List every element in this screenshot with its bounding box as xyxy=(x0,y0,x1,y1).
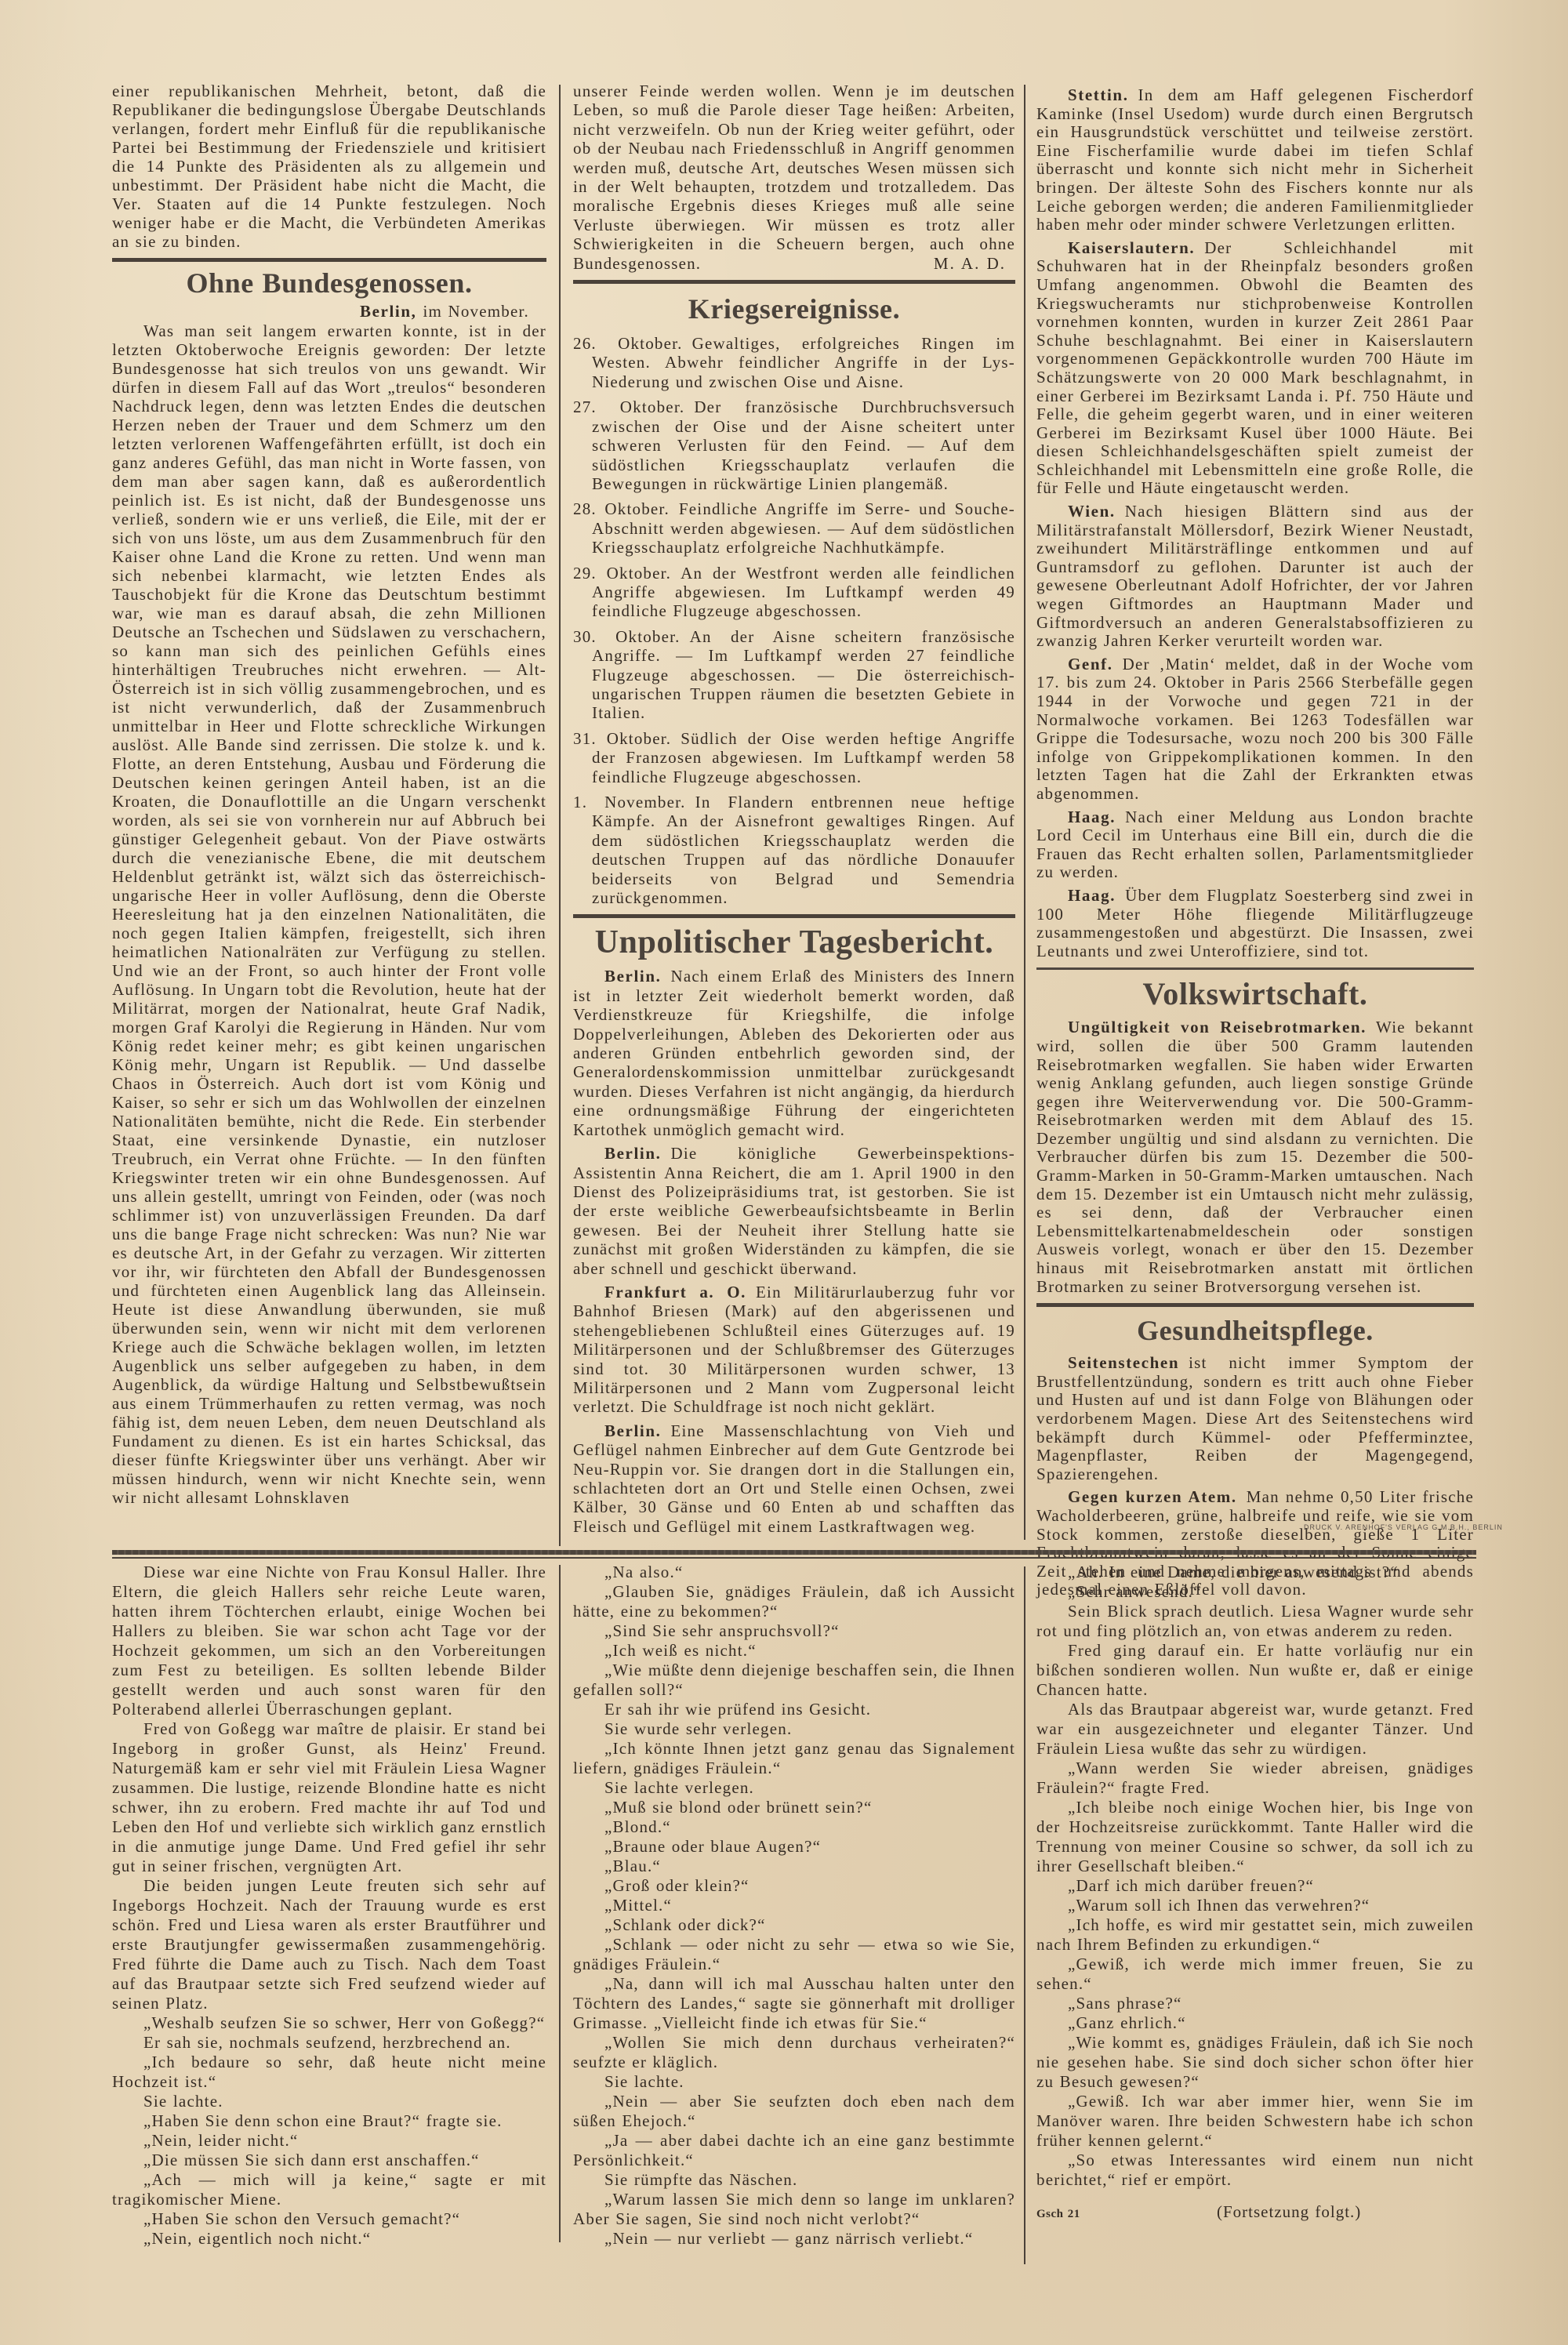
entry-date: 29. Oktober. xyxy=(573,564,671,583)
news-place: Genf. xyxy=(1068,655,1113,673)
serial-paragraph: „Nein, eigentlich noch nicht.“ xyxy=(112,2229,546,2249)
printer-imprint: Druck v. Arenhof's Verlag G.m.b.H., Berl… xyxy=(1304,1523,1503,1531)
news-place: Berlin. xyxy=(604,967,661,986)
serial-paragraph: „Schlank oder dick?“ xyxy=(573,1915,1015,1935)
serial-paragraph: „Nein, leider nicht.“ xyxy=(112,2131,546,2151)
author-signature: M. A. D. xyxy=(934,254,1006,273)
news-text: Der Schleichhandel mit Schuhwaren hat in… xyxy=(1036,238,1474,498)
serial-paragraph: Fred ging darauf ein. Er hatte vorläufig… xyxy=(1036,1641,1474,1700)
serial-paragraph: „Na also.“ xyxy=(573,1563,1015,1582)
serial-paragraph: Er sah sie, nochmals seufzend, herzbrech… xyxy=(112,2033,546,2053)
war-event-entry: 27. Oktober.Der französische Durchbruchs… xyxy=(573,397,1015,493)
serial-column-1: Diese war eine Nichte von Frau Konsul Ha… xyxy=(112,1563,546,2249)
serial-paragraph: Diese war eine Nichte von Frau Konsul Ha… xyxy=(112,1563,546,1719)
section-divider xyxy=(1036,967,1474,970)
news-place: Wien. xyxy=(1068,502,1116,521)
serial-paragraph: Sie lachte. xyxy=(112,2092,546,2111)
entry-date: 31. Oktober. xyxy=(573,729,671,748)
entry-date: 27. Oktober. xyxy=(573,397,684,416)
section-divider xyxy=(573,280,1015,284)
serial-column-2: „Na also.“ „Glauben Sie, gnädiges Fräule… xyxy=(573,1563,1015,2249)
economy-item: Ungültigkeit von Reisebrotmarken.Wie bek… xyxy=(1036,1018,1474,1296)
news-text: Nach hiesigen Blättern sind aus der Mili… xyxy=(1036,502,1474,650)
serial-paragraph: „Warum soll ich Ihnen das verwehren?“ xyxy=(1036,1896,1474,1915)
serial-paragraph: „Ach — mich will ja keine,“ sagte er mit… xyxy=(112,2170,546,2209)
serial-paragraph: „Gewiß. Ich war aber immer hier, wenn Si… xyxy=(1036,2092,1474,2151)
news-item: Wien.Nach hiesigen Blättern sind aus der… xyxy=(1036,503,1474,651)
serial-paragraph: „Warum lassen Sie mich denn so lange im … xyxy=(573,2190,1015,2229)
newspaper-page: einer republikanischen Mehrheit, betont,… xyxy=(0,0,1568,2345)
serial-paragraph: „Ich bleibe noch einige Wochen hier, bis… xyxy=(1036,1798,1474,1876)
news-place: Haag. xyxy=(1068,808,1116,826)
article-heading: Ohne Bundesgenossen. xyxy=(112,265,546,301)
serial-paragraph: „Wie müßte denn diejenige beschaffen sei… xyxy=(573,1661,1015,1700)
serial-paragraph: Sie rümpfte das Näschen. xyxy=(573,2170,1015,2190)
serial-paragraph: Er sah ihr wie prüfend ins Gesicht. xyxy=(573,1700,1015,1719)
war-event-entry: 29. Oktober.An der Westfront werden alle… xyxy=(573,564,1015,621)
serial-paragraph: „Ich könnte Ihnen jetzt ganz genau das S… xyxy=(573,1739,1015,1778)
health-item-text: ist nicht immer Symptom der Brustfellent… xyxy=(1036,1353,1474,1483)
dateline-place: Berlin, xyxy=(360,302,416,321)
serial-paragraph: „So etwas Interessantes wird einem nun n… xyxy=(1036,2151,1474,2190)
serial-paragraph: „Groß oder klein?“ xyxy=(573,1876,1015,1896)
serial-paragraph: Sie lachte. xyxy=(573,2072,1015,2092)
serial-paragraph: Sie lachte verlegen. xyxy=(573,1778,1015,1798)
news-text: Der ‚Matin‘ meldet, daß in der Woche vom… xyxy=(1036,655,1474,803)
column-rule xyxy=(559,85,561,1546)
entry-date: 1. November. xyxy=(573,793,686,811)
serial-paragraph: „Haben Sie denn schon eine Braut?“ fragt… xyxy=(112,2111,546,2131)
serial-paragraph: „Wollen Sie mich denn durchaus verheirat… xyxy=(573,2033,1015,2072)
entry-date: 30. Oktober. xyxy=(573,627,681,646)
lead-paragraph: einer republikanischen Mehrheit, betont,… xyxy=(112,82,546,251)
war-event-entry: 26. Oktober.Gewaltiges, erfolgreiches Ri… xyxy=(573,334,1015,391)
entry-date: 26. Oktober. xyxy=(573,334,683,353)
serial-paragraph: „Muß sie blond oder brünett sein?“ xyxy=(573,1798,1015,1817)
serial-paragraph: Sie wurde sehr verlegen. xyxy=(573,1719,1015,1739)
section-divider xyxy=(573,914,1015,918)
column-rule xyxy=(1024,1566,1025,2264)
serial-footer: Gsch 21 (Fortsetzung folgt.) xyxy=(1036,2202,1474,2224)
section-divider xyxy=(112,258,546,262)
serial-paragraph: „Ich hoffe, es wird mir gestattet sein, … xyxy=(1036,1915,1474,1955)
serial-code: Gsch 21 xyxy=(1036,2205,1217,2224)
news-item: Berlin.Nach einem Erlaß des Ministers de… xyxy=(573,967,1015,1139)
serial-paragraph: „Ich bedaure so sehr, daß heute nicht me… xyxy=(112,2053,546,2092)
news-place: Kaiserslautern. xyxy=(1068,238,1195,257)
serial-column-3: „Ah. In eine Dame, die hier anwesend ist… xyxy=(1036,1563,1474,2224)
serial-paragraph: Die beiden jungen Leute freuten sich seh… xyxy=(112,1876,546,2013)
health-item-title: Gegen kurzen Atem. xyxy=(1068,1487,1237,1506)
serial-paragraph: „Nein — nur verliebt — ganz närrisch ver… xyxy=(573,2229,1015,2249)
news-item: Haag.Nach einer Meldung aus London brach… xyxy=(1036,808,1474,882)
serial-paragraph: „Na, dann will ich mal Ausschau halten u… xyxy=(573,1974,1015,2033)
serial-paragraph: „Mittel.“ xyxy=(573,1896,1015,1915)
dateline-date: im November. xyxy=(423,302,529,321)
column-rule xyxy=(559,1565,561,2242)
serial-paragraph: „Die müssen Sie sich dann erst anschaffe… xyxy=(112,2151,546,2170)
news-item: Genf.Der ‚Matin‘ meldet, daß in der Woch… xyxy=(1036,655,1474,804)
serial-paragraph: „Ich weiß es nicht.“ xyxy=(573,1641,1015,1661)
health-item: Seitenstechenist nicht immer Symptom der… xyxy=(1036,1354,1474,1483)
news-item: Kaiserslautern.Der Schleichhandel mit Sc… xyxy=(1036,239,1474,498)
section-divider xyxy=(1036,1303,1474,1307)
news-place: Berlin. xyxy=(604,1144,661,1163)
top-column-3: Stettin.In dem am Haff gelegenen Fischer… xyxy=(1036,82,1474,1599)
column-rule xyxy=(1024,85,1025,1540)
serial-paragraph: „Gewiß, ich werde mich immer freuen, Sie… xyxy=(1036,1955,1474,1994)
serial-paragraph: „Sehr anwesend.“ xyxy=(1036,1582,1474,1602)
news-text: In dem am Haff gelegenen Fischerdorf Kam… xyxy=(1036,85,1474,234)
war-event-entry: 28. Oktober.Feindliche Angriffe im Serre… xyxy=(573,499,1015,557)
news-text: Ein Militärurlauberzug fuhr vor Bahnhof … xyxy=(573,1283,1015,1416)
to-be-continued-note: (Fortsetzung folgt.) xyxy=(1217,2202,1361,2222)
article-dateline: Berlin,im November. xyxy=(112,301,546,321)
health-heading: Gesundheitspflege. xyxy=(1036,1312,1474,1349)
news-item: Stettin.In dem am Haff gelegenen Fischer… xyxy=(1036,86,1474,234)
news-item: Berlin.Die königliche Gewerbeinspektions… xyxy=(573,1144,1015,1278)
war-events-heading: Kriegsereignisse. xyxy=(573,290,1015,328)
top-column-1: einer republikanischen Mehrheit, betont,… xyxy=(112,82,546,1507)
serial-paragraph: „Weshalb seufzen Sie so schwer, Herr von… xyxy=(112,2013,546,2033)
serial-paragraph: „Ja — aber dabei dachte ich an eine ganz… xyxy=(573,2131,1015,2170)
news-place: Haag. xyxy=(1068,886,1116,905)
serial-paragraph: Fred von Goßegg war maître de plaisir. E… xyxy=(112,1719,546,1876)
war-event-entry: 31. Oktober.Südlich der Oise werden heft… xyxy=(573,729,1015,786)
serial-paragraph: „Darf ich mich darüber freuen?“ xyxy=(1036,1876,1474,1896)
serial-paragraph: „Glauben Sie, gnädiges Fräulein, daß ich… xyxy=(573,1582,1015,1621)
serial-paragraph: „Ganz ehrlich.“ xyxy=(1036,2013,1474,2033)
serial-paragraph: „Sans phrase?“ xyxy=(1036,1994,1474,2013)
news-text: Die königliche Gewerbeinspektions-Assist… xyxy=(573,1144,1015,1277)
divider-thick-line xyxy=(112,1550,1476,1555)
top-column-2: unserer Feinde werden wollen. Wenn je im… xyxy=(573,82,1015,1536)
continuation-paragraph: unserer Feinde werden wollen. Wenn je im… xyxy=(573,82,1015,273)
economy-heading: Volkswirtschaft. xyxy=(1036,975,1474,1014)
serial-paragraph: „Haben Sie schon den Versuch gemacht?“ xyxy=(112,2209,546,2229)
page-section-divider xyxy=(112,1550,1476,1559)
war-event-entry: 30. Oktober.An der Aisne scheitern franz… xyxy=(573,627,1015,723)
serial-paragraph: „Blau.“ xyxy=(573,1857,1015,1876)
daily-report-heading: Unpolitischer Tagesbericht. xyxy=(573,923,1015,962)
serial-paragraph: „Sind Sie sehr anspruchsvoll?“ xyxy=(573,1621,1015,1641)
serial-paragraph: „Ah. In eine Dame, die hier anwesend ist… xyxy=(1036,1563,1474,1582)
serial-paragraph: „Wie kommt es, gnädiges Fräulein, daß ic… xyxy=(1036,2033,1474,2092)
article-continuation: unserer Feinde werden wollen. Wenn je im… xyxy=(573,82,1015,273)
war-event-entry: 1. November.In Flandern entbrennen neue … xyxy=(573,793,1015,907)
serial-paragraph: „Braune oder blaue Augen?“ xyxy=(573,1837,1015,1857)
news-text: Nach einem Erlaß des Ministers des Inner… xyxy=(573,967,1015,1138)
serial-paragraph: Sein Blick sprach deutlich. Liesa Wagner… xyxy=(1036,1602,1474,1641)
serial-paragraph: Als das Brautpaar abgereist war, wurde g… xyxy=(1036,1700,1474,1759)
serial-paragraph: „Nein — aber Sie seufzten doch eben nach… xyxy=(573,2092,1015,2131)
serial-paragraph: „Schlank — oder nicht zu sehr — etwa so … xyxy=(573,1935,1015,1974)
article-body: Was man seit langem erwarten konnte, ist… xyxy=(112,321,546,1507)
serial-paragraph: „Blond.“ xyxy=(573,1817,1015,1837)
health-item-title: Seitenstechen xyxy=(1068,1353,1179,1372)
news-place: Berlin. xyxy=(604,1421,661,1440)
economy-item-title: Ungültigkeit von Reisebrotmarken. xyxy=(1068,1018,1367,1036)
news-item: Haag.Über dem Flugplatz Soesterberg sind… xyxy=(1036,887,1474,960)
news-item: Frankfurt a. O.Ein Militärurlauberzug fu… xyxy=(573,1283,1015,1417)
news-item: Berlin.Eine Massenschlachtung von Vieh u… xyxy=(573,1421,1015,1536)
news-place: Frankfurt a. O. xyxy=(604,1283,746,1301)
news-place: Stettin. xyxy=(1068,85,1129,104)
serial-paragraph: „Wann werden Sie wieder abreisen, gnädig… xyxy=(1036,1759,1474,1798)
economy-item-text: Wie bekannt wird, sollen die über 500 Gr… xyxy=(1036,1018,1474,1295)
entry-date: 28. Oktober. xyxy=(573,499,670,518)
divider-thin-line xyxy=(112,1557,1476,1559)
